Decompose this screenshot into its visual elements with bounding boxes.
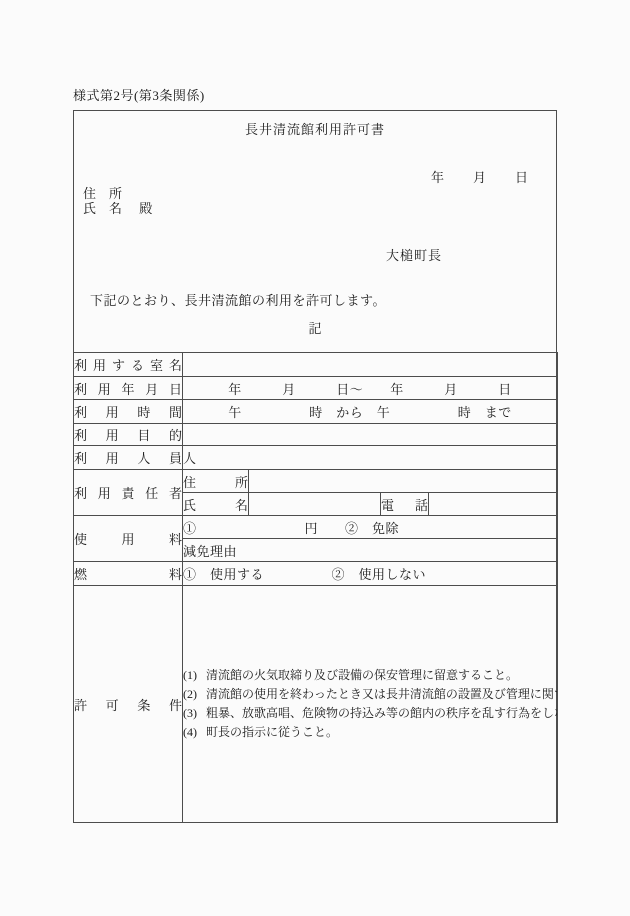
- condition-text: 粗暴、放歌高唱、危険物の持込み等の館内の秩序を乱す行為をしないこと。: [206, 706, 558, 720]
- fee-label: 使用料: [74, 516, 183, 562]
- fee-amount-line: ① 円 ② 免除: [183, 516, 558, 539]
- permit-document-frame: 長井清流館利用許可書 年 月 日 住 所 氏 名 殿 大槌町長 下記のとおり、長…: [73, 110, 557, 823]
- manager-address-value: [249, 470, 558, 493]
- condition-item-4: (4)町長の指示に従うこと。: [183, 723, 557, 742]
- table-row-manager-address: 利用責任者 住所: [74, 470, 558, 493]
- condition-number: (3): [183, 706, 197, 720]
- fuel-options: ① 使用する ② 使用しない: [183, 562, 558, 586]
- document-header: 長井清流館利用許可書 年 月 日 住 所 氏 名 殿 大槌町長 下記のとおり、長…: [74, 111, 556, 352]
- table-row-fuel: 燃料 ① 使用する ② 使用しない: [74, 562, 558, 586]
- use-date-value: 年 月 日～ 年 月 日: [183, 377, 558, 400]
- table-row-conditions: 許可条件 (1)清流館の火気取締り及び設備の保安管理に留意すること。 (2)清流…: [74, 586, 558, 823]
- table-row-fee: 使用料 ① 円 ② 免除: [74, 516, 558, 539]
- people-unit: 人: [183, 446, 558, 470]
- manager-phone-label: 電話: [381, 493, 429, 516]
- fuel-label: 燃料: [74, 562, 183, 586]
- condition-text: 清流館の火気取締り及び設備の保安管理に留意すること。: [206, 668, 518, 682]
- honorific: 殿: [139, 201, 152, 216]
- recipient-name-line: 氏 名 殿: [83, 198, 152, 217]
- table-row-purpose: 利用目的: [74, 424, 558, 446]
- table-row-people: 利用人員 人: [74, 446, 558, 470]
- use-date-label: 利用年月日: [74, 377, 183, 400]
- room-label: 利用する室名: [74, 353, 183, 377]
- manager-label: 利用責任者: [74, 470, 183, 516]
- manager-name-label: 氏名: [183, 493, 249, 516]
- condition-text: 清流館の使用を終わったとき又は長井清流館の設置及び管理に関する条例第5条の規定に…: [206, 687, 558, 701]
- issuer-mayor: 大槌町長: [386, 245, 442, 264]
- manager-phone-value: [429, 493, 558, 516]
- condition-number: (1): [183, 668, 197, 682]
- recipient-name-label: 氏 名: [83, 201, 122, 216]
- purpose-value: [183, 424, 558, 446]
- use-time-label: 利用時間: [74, 400, 183, 424]
- condition-item-2: (2)清流館の使用を終わったとき又は長井清流館の設置及び管理に関する条例第5条の…: [183, 685, 557, 704]
- conditions-list: (1)清流館の火気取締り及び設備の保安管理に留意すること。 (2)清流館の使用を…: [183, 586, 558, 823]
- document-title: 長井清流館利用許可書: [74, 119, 556, 138]
- condition-number: (2): [183, 687, 197, 701]
- condition-item-1: (1)清流館の火気取締り及び設備の保安管理に留意すること。: [183, 666, 557, 685]
- people-label: 利用人員: [74, 446, 183, 470]
- purpose-label: 利用目的: [74, 424, 183, 446]
- condition-item-3: (3)粗暴、放歌高唱、危険物の持込み等の館内の秩序を乱す行為をしないこと。: [183, 704, 557, 723]
- room-value: [183, 353, 558, 377]
- condition-text: 町長の指示に従うこと。: [206, 725, 338, 739]
- table-row-use-time: 利用時間 午 時 から 午 時 まで: [74, 400, 558, 424]
- document-page: 様式第2号(第3条関係) 長井清流館利用許可書 年 月 日 住 所 氏 名 殿 …: [0, 0, 630, 916]
- record-marker: 記: [74, 318, 556, 337]
- manager-name-value: [249, 493, 381, 516]
- use-time-value: 午 時 から 午 時 まで: [183, 400, 558, 424]
- permit-details-table: 利用する室名 利用年月日 年 月 日～ 年 月 日 利用時間 午 時 から 午 …: [73, 352, 558, 823]
- conditions-label: 許可条件: [74, 586, 183, 823]
- table-row-use-date: 利用年月日 年 月 日～ 年 月 日: [74, 377, 558, 400]
- issue-date-line: 年 月 日: [431, 167, 529, 186]
- fee-waiver-reason-label: 減免理由: [183, 539, 558, 562]
- permit-statement: 下記のとおり、長井清流館の利用を許可します。: [90, 290, 386, 309]
- condition-number: (4): [183, 725, 197, 739]
- form-number: 様式第2号(第3条関係): [73, 85, 205, 104]
- manager-address-label: 住所: [183, 470, 249, 493]
- table-row-room: 利用する室名: [74, 353, 558, 377]
